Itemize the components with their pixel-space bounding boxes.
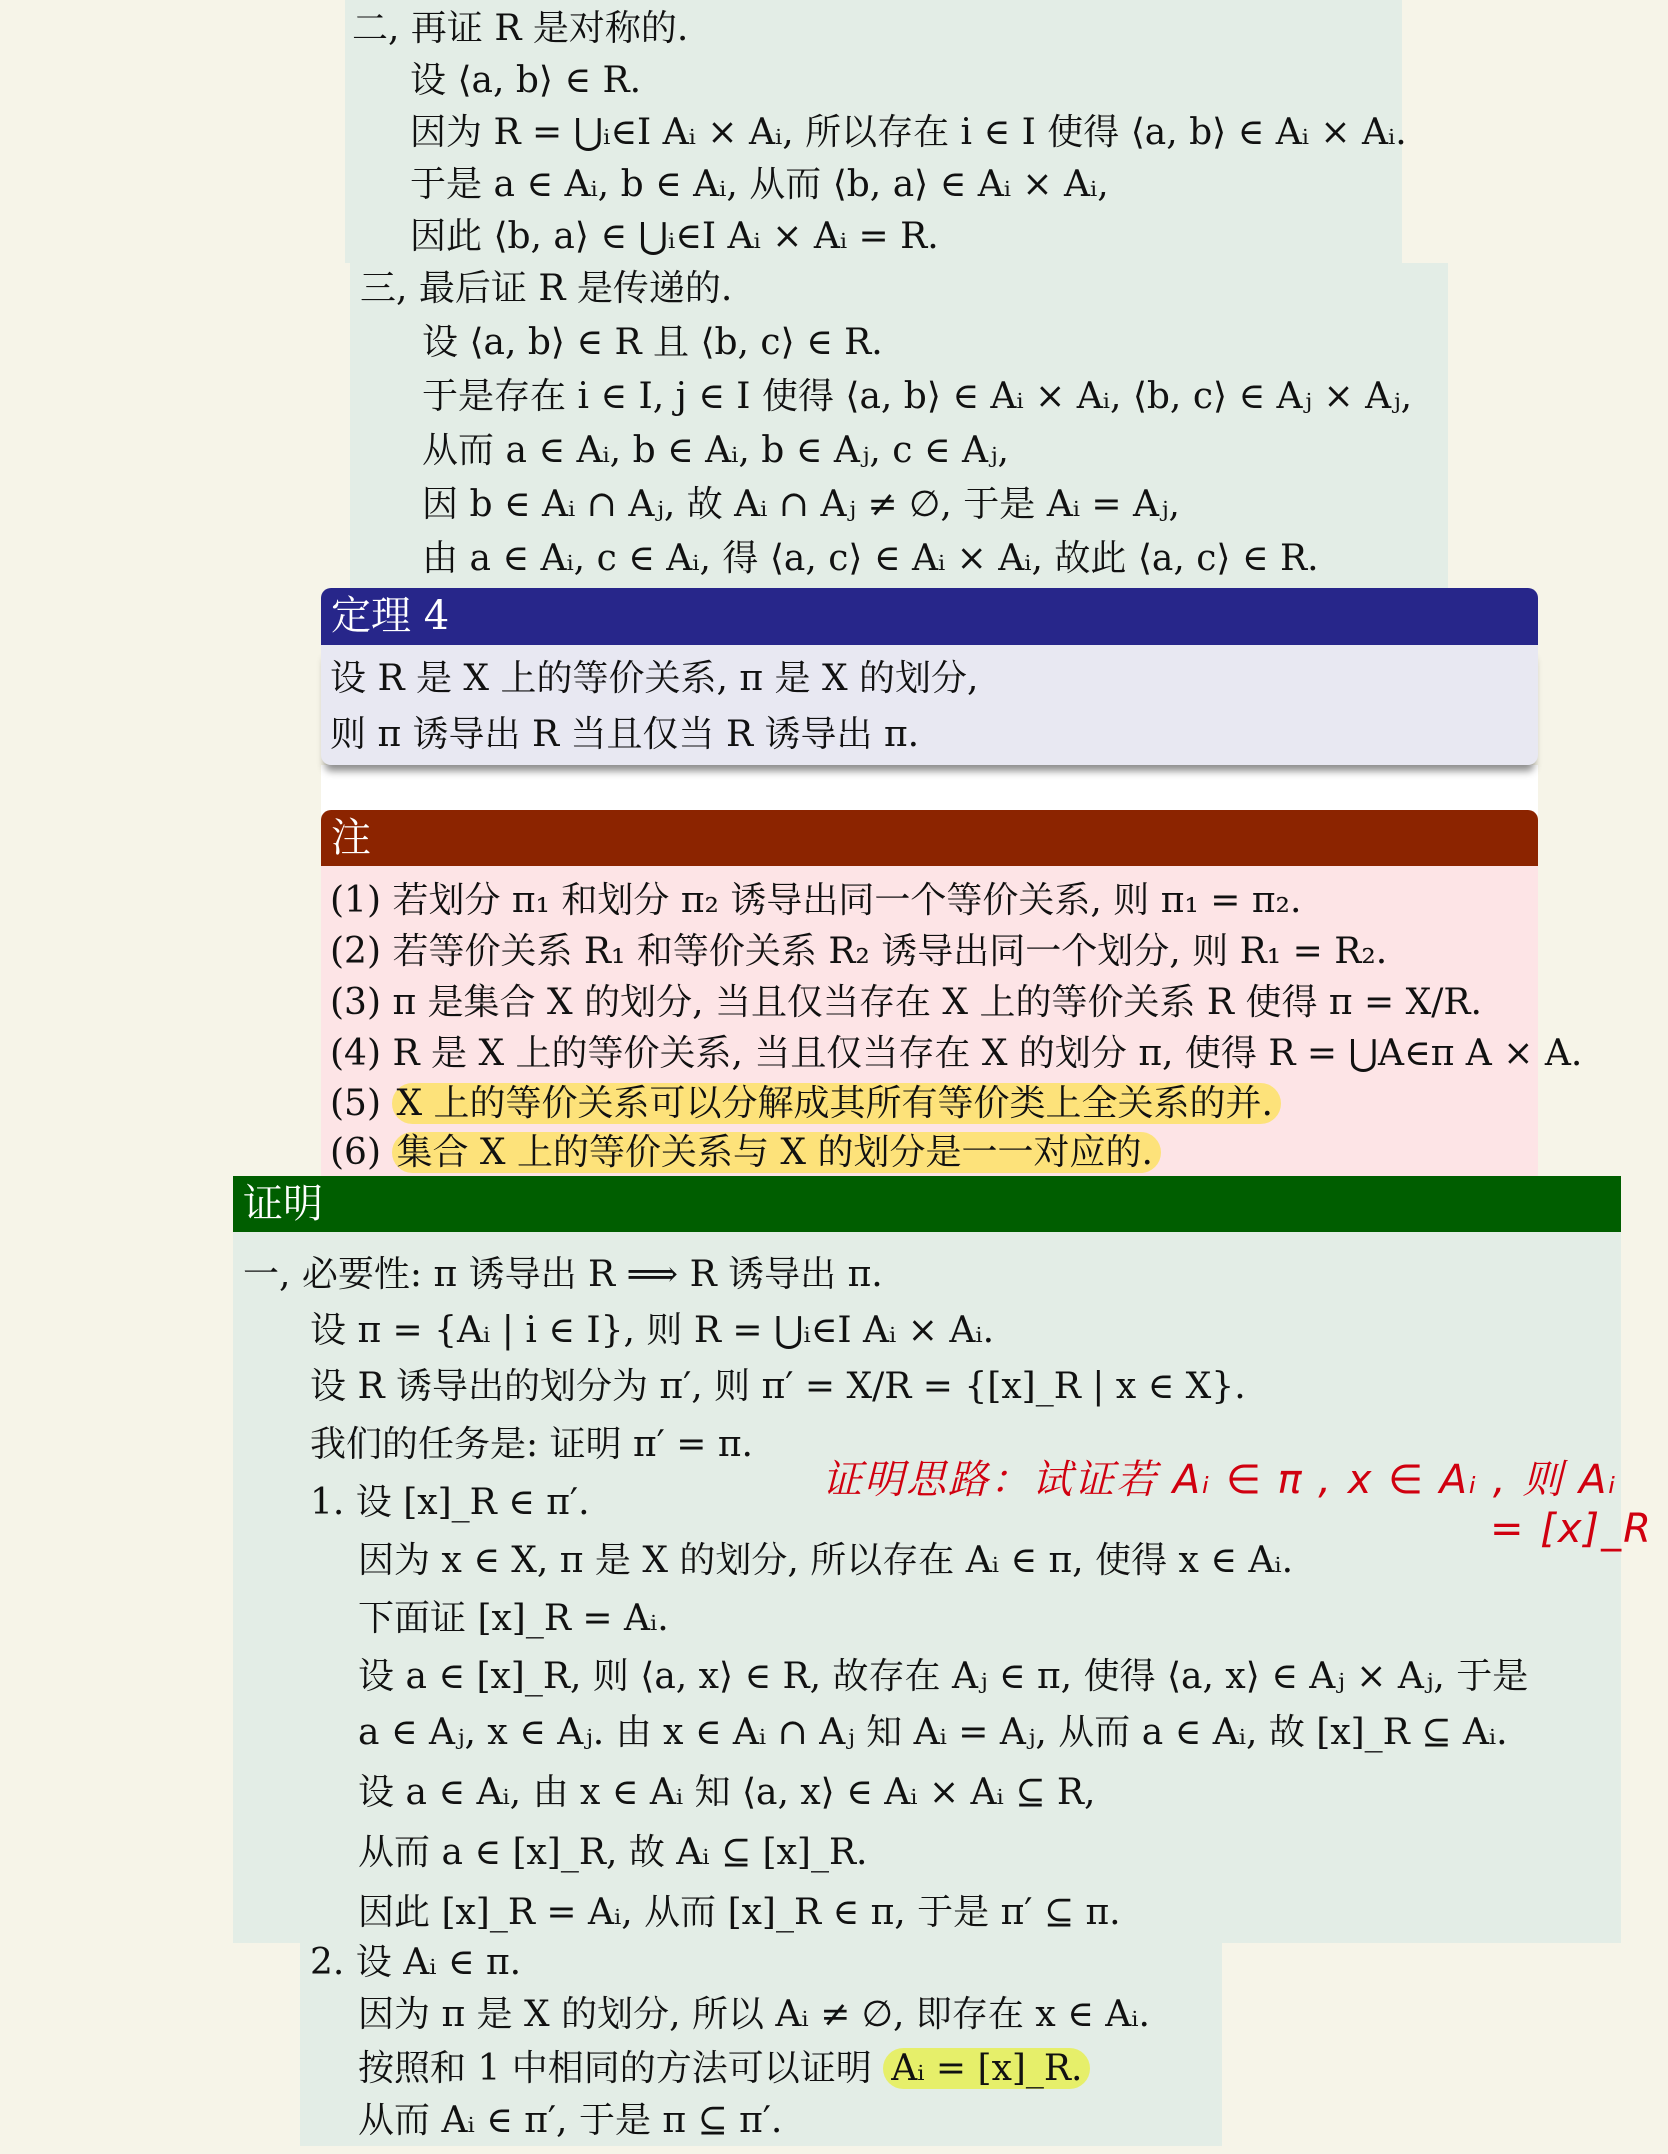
step1-line: 设 a ∈ Aᵢ, 由 x ∈ Aᵢ 知 ⟨a, x⟩ ∈ Aᵢ × Aᵢ ⊆ … (358, 1766, 1095, 1820)
step1-label: 1. 设 [x]_R ∈ π′. (310, 1476, 590, 1530)
note-item: (2) 若等价关系 R₁ 和等价关系 R₂ 诱导出同一个划分, 则 R₁ = R… (330, 925, 1387, 979)
part2-line: 因为 R = ⋃ᵢ∈I Aᵢ × Aᵢ, 所以存在 i ∈ I 使得 ⟨a, b… (410, 106, 1407, 160)
step2-line: 因为 π 是 X 的划分, 所以 Aᵢ ≠ ∅, 即存在 x ∈ Aᵢ. (358, 1988, 1150, 2042)
step2-line-text: 按照和 1 中相同的方法可以证明 (358, 2048, 872, 2089)
note-item-num: (3) (330, 982, 381, 1023)
note-item: (6) 集合 X 上的等价关系与 X 的划分是一一对应的. (330, 1126, 1161, 1180)
proof-header: 证明 (233, 1176, 1621, 1232)
part3-line: 从而 a ∈ Aᵢ, b ∈ Aᵢ, b ∈ Aⱼ, c ∈ Aⱼ, (422, 424, 1009, 478)
theorem-line: 则 π 诱导出 R 当且仅当 R 诱导出 π. (330, 708, 919, 762)
note-header: 注 (321, 810, 1538, 866)
note-item-num: (5) (330, 1083, 381, 1124)
step1-line: 下面证 [x]_R = Aᵢ. (358, 1592, 669, 1646)
step1-line: 从而 a ∈ [x]_R, 故 Aᵢ ⊆ [x]_R. (358, 1826, 868, 1880)
part2-heading: 二, 再证 R 是对称的. (352, 2, 688, 56)
note-item: (1) 若划分 π₁ 和划分 π₂ 诱导出同一个等价关系, 则 π₁ = π₂. (330, 874, 1301, 928)
part3-line: 由 a ∈ Aᵢ, c ∈ Aᵢ, 得 ⟨a, c⟩ ∈ Aᵢ × Aᵢ, 故此… (422, 532, 1319, 586)
theorem-title: 定理 4 (331, 593, 449, 639)
part3-line: 设 ⟨a, b⟩ ∈ R 且 ⟨b, c⟩ ∈ R. (422, 316, 883, 370)
step1-line: a ∈ Aⱼ, x ∈ Aⱼ. 由 x ∈ Aᵢ ∩ Aⱼ 知 Aᵢ = Aⱼ,… (358, 1706, 1508, 1760)
part2-line: 因此 ⟨b, a⟩ ∈ ⋃ᵢ∈I Aᵢ × Aᵢ = R. (410, 210, 939, 264)
note-item-text: 若划分 π₁ 和划分 π₂ 诱导出同一个等价关系, 则 π₁ = π₂. (392, 880, 1301, 921)
proof-intro-line: 设 R 诱导出的划分为 π′, 则 π′ = X/R = {[x]_R | x … (310, 1360, 1246, 1414)
part3-line: 因 b ∈ Aᵢ ∩ Aⱼ, 故 Aᵢ ∩ Aⱼ ≠ ∅, 于是 Aᵢ = Aⱼ… (422, 478, 1180, 532)
note-item-num: (6) (330, 1132, 381, 1173)
note-title: 注 (331, 815, 371, 861)
part3-line: 于是存在 i ∈ I, j ∈ I 使得 ⟨a, b⟩ ∈ Aᵢ × Aᵢ, ⟨… (422, 370, 1412, 424)
note-item: (3) π 是集合 X 的划分, 当且仅当存在 X 上的等价关系 R 使得 π … (330, 976, 1482, 1030)
theorem-line: 设 R 是 X 上的等价关系, π 是 X 的划分, (330, 652, 978, 706)
step2-label: 2. 设 Aᵢ ∈ π. (310, 1936, 521, 1990)
proof-title: 证明 (243, 1181, 323, 1227)
note-item-text-highlighted: X 上的等价关系可以分解成其所有等价类上全关系的并. (392, 1083, 1281, 1124)
note-item: (5) X 上的等价关系可以分解成其所有等价类上全关系的并. (330, 1077, 1281, 1131)
note-item-text: 若等价关系 R₁ 和等价关系 R₂ 诱导出同一个划分, 则 R₁ = R₂. (392, 931, 1387, 972)
note-item-text: π 是集合 X 的划分, 当且仅当存在 X 上的等价关系 R 使得 π = X/… (392, 982, 1481, 1023)
step2-line: 按照和 1 中相同的方法可以证明 Aᵢ = [x]_R. (358, 2042, 1090, 2096)
block-gap (321, 765, 1538, 815)
step1-line: 设 a ∈ [x]_R, 则 ⟨a, x⟩ ∈ R, 故存在 Aⱼ ∈ π, 使… (358, 1650, 1528, 1704)
part2-line: 于是 a ∈ Aᵢ, b ∈ Aᵢ, 从而 ⟨b, a⟩ ∈ Aᵢ × Aᵢ, (410, 158, 1109, 212)
proof-intro-line: 我们的任务是: 证明 π′ = π. (310, 1418, 753, 1472)
note-item-text: R 是 X 上的等价关系, 当且仅当存在 X 的划分 π, 使得 R = ⋃A∈… (392, 1033, 1582, 1074)
note-item-num: (1) (330, 880, 381, 921)
step2-highlight: Aᵢ = [x]_R. (883, 2048, 1090, 2089)
theorem-header: 定理 4 (321, 588, 1538, 645)
proof-heading: 一, 必要性: π 诱导出 R ⟹ R 诱导出 π. (243, 1248, 883, 1302)
step2-line: 从而 Aᵢ ∈ π′, 于是 π ⊆ π′. (358, 2094, 782, 2148)
part3-heading: 三, 最后证 R 是传递的. (360, 262, 732, 316)
note-item-text-highlighted: 集合 X 上的等价关系与 X 的划分是一一对应的. (392, 1132, 1160, 1173)
note-item-num: (2) (330, 931, 381, 972)
part2-line: 设 ⟨a, b⟩ ∈ R. (410, 54, 641, 108)
note-item-num: (4) (330, 1033, 381, 1074)
note-item: (4) R 是 X 上的等价关系, 当且仅当存在 X 的划分 π, 使得 R =… (330, 1027, 1582, 1081)
step1-line: 因为 x ∈ X, π 是 X 的划分, 所以存在 Aᵢ ∈ π, 使得 x ∈… (358, 1534, 1293, 1588)
handwritten-annotation-line2: = [x]_R (1490, 1506, 1653, 1552)
proof-intro-line: 设 π = {Aᵢ | i ∈ I}, 则 R = ⋃ᵢ∈I Aᵢ × Aᵢ. (310, 1304, 994, 1358)
handwritten-annotation-line1: 证明思路：试证若 Aᵢ ∈ π , x ∈ Aᵢ , 则 Aᵢ (822, 1448, 1618, 1505)
step1-line: 因此 [x]_R = Aᵢ, 从而 [x]_R ∈ π, 于是 π′ ⊆ π. (358, 1886, 1121, 1940)
